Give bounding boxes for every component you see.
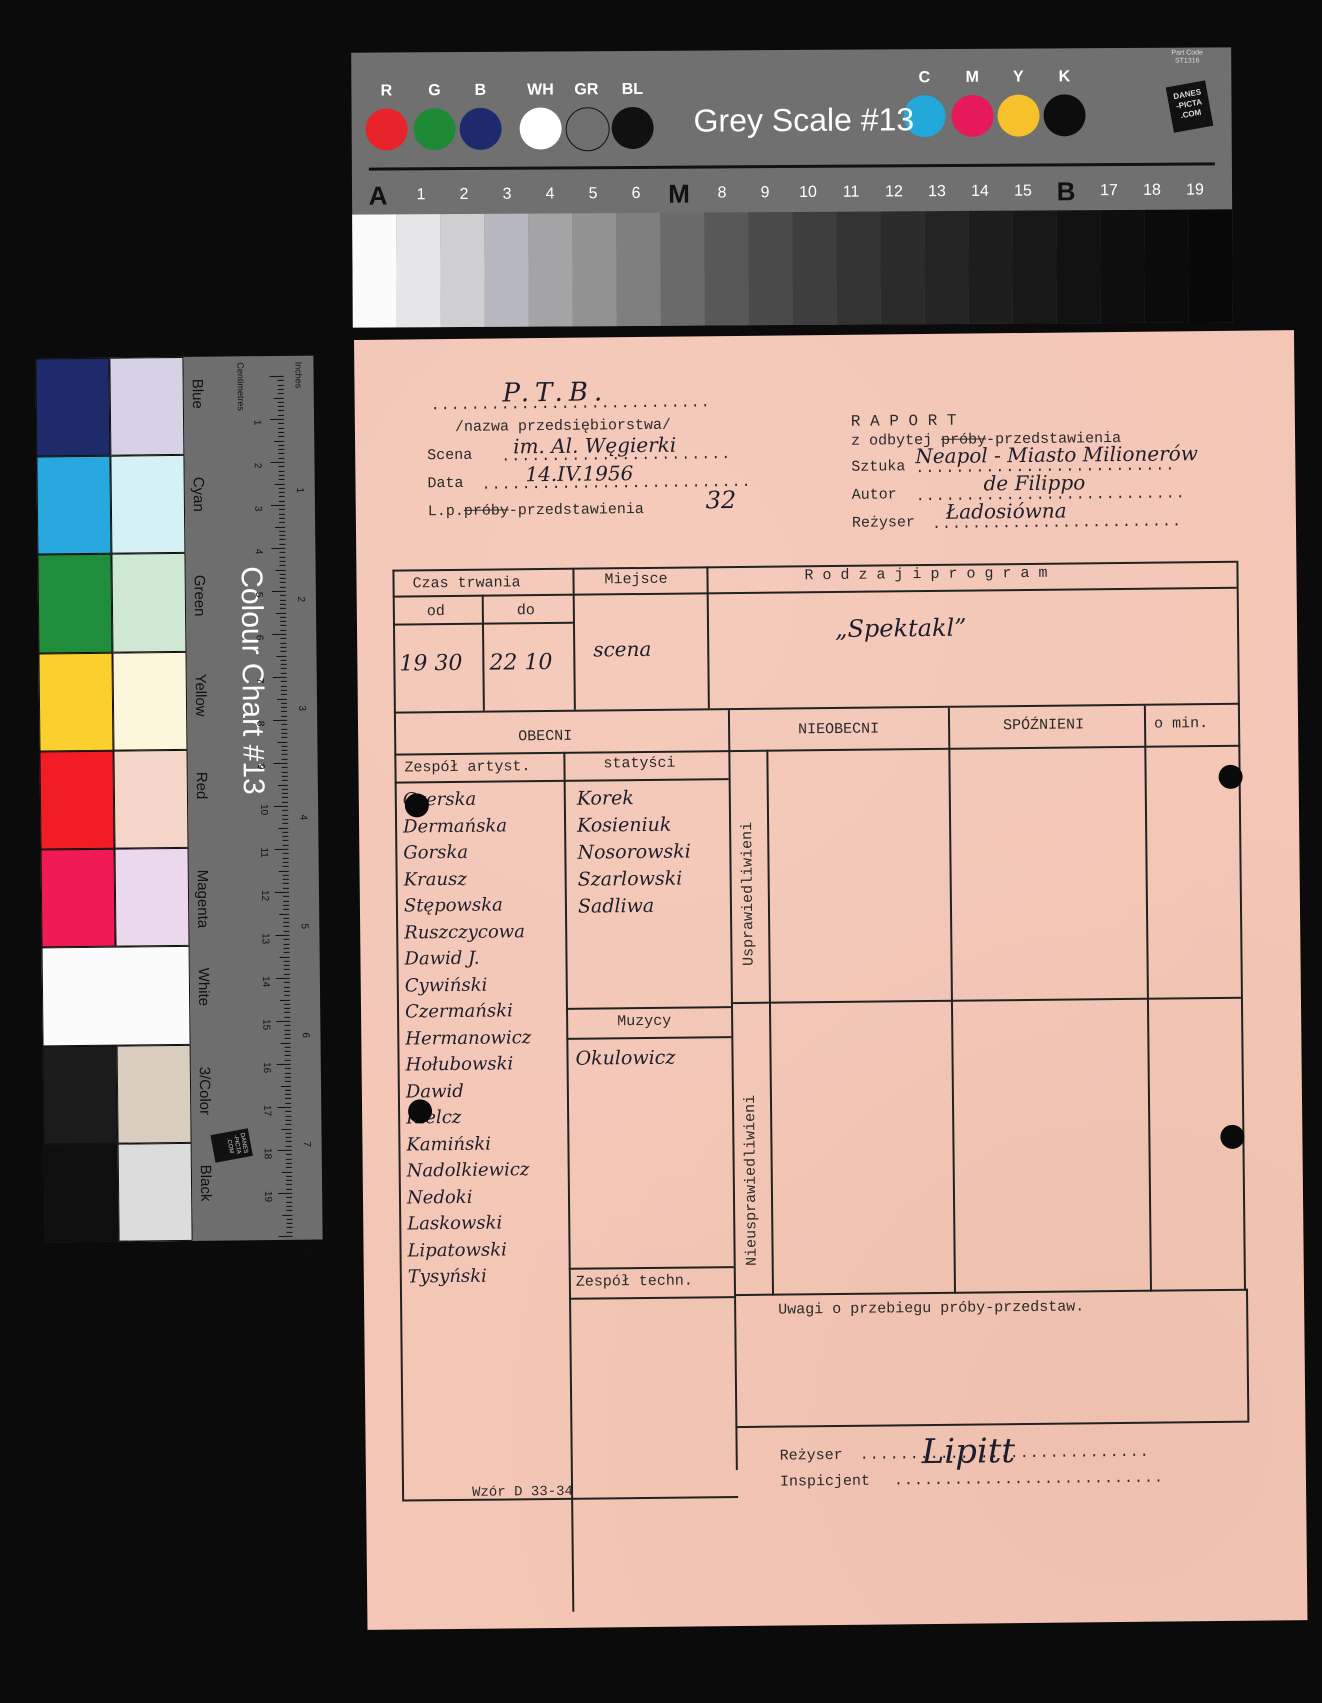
inch-mark: 2 (295, 596, 306, 602)
ruler-tick (277, 1107, 291, 1108)
ruler-tick (282, 789, 288, 790)
ruler-tick (278, 1150, 292, 1151)
ruler-tick (286, 1210, 292, 1211)
ruler-tick (283, 896, 289, 897)
step-label: 12 (874, 183, 914, 201)
patch-red-light (113, 750, 188, 849)
cm-mark: 9 (255, 764, 266, 770)
swatch-label: C (903, 69, 945, 87)
ruler-tick (274, 763, 288, 764)
ruler-tick (285, 1038, 291, 1039)
ruler-tick (276, 612, 286, 613)
grey-step (396, 214, 441, 327)
punch-hole (405, 793, 429, 817)
cm-mark: 3 (252, 506, 263, 512)
ruler-tick (279, 496, 285, 497)
ruler-tick (282, 771, 288, 772)
grey-step (968, 211, 1013, 324)
ruler-tick (284, 1008, 290, 1009)
inch-mark: 7 (301, 1141, 312, 1147)
ruler-tick (278, 784, 288, 785)
ruler-tick (285, 1094, 291, 1095)
ruler-tick (277, 1064, 291, 1065)
ruler-tick (286, 1146, 292, 1147)
swatch-label: Y (997, 68, 1039, 86)
ruler-tick (283, 922, 289, 923)
ruler-tick (283, 909, 289, 910)
colour-name-label: Magenta (194, 870, 212, 929)
list-item: Ruszczycowa (404, 919, 530, 947)
ruler-tick (275, 483, 285, 484)
ruler-tick (279, 539, 285, 540)
inch-mark: 8 (302, 1250, 313, 1256)
patch-white (42, 946, 191, 1046)
step-label: 14 (960, 183, 1000, 201)
ruler-tick (286, 1206, 292, 1207)
inch-mark: 1 (294, 487, 305, 493)
danes-picta-logo: DANES -PICTA .COM (210, 1128, 253, 1163)
ruler-tick (285, 1098, 291, 1099)
grey-step (1144, 210, 1189, 323)
ruler-tick (282, 836, 288, 837)
ruler-tick (280, 999, 290, 1000)
director-label: Reżyser (852, 514, 915, 532)
step-label: 2 (444, 186, 484, 204)
ruler-tick (275, 935, 289, 936)
patch-magenta-dark (41, 849, 116, 948)
ruler-tick (279, 552, 285, 553)
ruler-tick (279, 479, 285, 480)
artists-header: Zespół artyst. (404, 758, 530, 776)
ruler-tick (286, 1184, 292, 1185)
patch-yellow-dark (38, 652, 113, 751)
ruler-tick (281, 716, 287, 717)
patch-black-light (118, 1143, 193, 1242)
ruler-tick (286, 1133, 292, 1134)
colour-name-label: Blue (189, 379, 206, 409)
ruler-tick (282, 793, 288, 794)
grey-scale-card: RGBWHGRBLCMYK Grey Scale #13 Part Code S… (351, 47, 1233, 327)
step-label: 17 (1089, 182, 1129, 200)
ruler-tick (281, 711, 287, 712)
signature: Lipitt (921, 1431, 1015, 1472)
sign-director-label: Reżyser (780, 1447, 843, 1465)
ruler-tick (286, 1180, 292, 1181)
ruler-tick (279, 522, 285, 523)
cm-mark: 12 (259, 890, 270, 901)
ruler-tick (281, 668, 287, 669)
patch-green-dark (37, 554, 112, 653)
ruler-tick (273, 677, 287, 678)
ruler-tick (280, 587, 286, 588)
ruler-tick (279, 488, 285, 489)
ruler-tick (278, 427, 284, 428)
swatch-wh (520, 107, 562, 149)
ruler-tick (280, 956, 290, 957)
ruler-tick (278, 389, 284, 390)
ruler-tick (278, 458, 284, 459)
ruler-tick (285, 1115, 291, 1116)
absent-header: NIEOBECNI (798, 721, 879, 739)
list-item: Gorska (403, 839, 529, 867)
patch-cyan-light (110, 455, 185, 554)
ruler-tick (270, 419, 284, 420)
unit-centimetres: Centimetres (235, 362, 246, 411)
step-label: 11 (831, 184, 871, 202)
ruler-tick (280, 582, 286, 583)
ruler-tick (279, 513, 285, 514)
ruler-tick (283, 918, 289, 919)
place-value: scena (593, 637, 651, 662)
swatch-label: B (459, 82, 501, 100)
inch-mark: 4 (297, 814, 308, 820)
ruler-tick (286, 1219, 292, 1220)
ruler-tick (281, 750, 287, 751)
ruler-tick (285, 1111, 291, 1112)
ruler-tick (287, 1232, 293, 1233)
ruler-tick (281, 1128, 291, 1129)
ruler-tick (284, 991, 290, 992)
swatch-label: GR (565, 81, 607, 99)
ruler-tick (278, 380, 284, 381)
grey-step (616, 213, 661, 326)
ruler-tick (285, 1051, 291, 1052)
cm-mark: 6 (254, 635, 265, 641)
ruler-tick (278, 393, 284, 394)
list-item: Tysyński (408, 1263, 534, 1291)
ruler-tick (279, 470, 285, 471)
ruler-tick (282, 845, 288, 846)
colour-name-label: Cyan (190, 477, 207, 512)
step-label: 4 (530, 185, 570, 203)
ruler-tick (280, 642, 286, 643)
present-header: OBECNI (518, 728, 572, 746)
extras-list: KorekKosieniukNosorowskiSzarlowskiSadliw… (577, 785, 692, 921)
ruler-tick (285, 1047, 291, 1048)
ruler-tick (286, 1141, 292, 1142)
inch-mark: 5 (299, 923, 310, 929)
ruler-tick (280, 599, 286, 600)
author-value: de Filippo (983, 470, 1085, 495)
lp-label: L.p.próby-przedstawienia (428, 501, 644, 520)
ruler-tick (284, 1017, 290, 1018)
grey-step (484, 214, 529, 327)
ruler-tick (280, 604, 286, 605)
grey-card-swatches: RGBWHGRBLCMYK (351, 47, 1231, 52)
swatch-label: G (413, 82, 455, 100)
swatch-label: M (951, 69, 993, 87)
ruler-tick (280, 625, 286, 626)
duration-header: Czas trwania (412, 574, 520, 592)
ruler-tick (281, 728, 287, 729)
ruler-tick (284, 1034, 290, 1035)
cm-mark: 5 (253, 592, 264, 598)
grey-step (924, 211, 969, 324)
artists-list: CzerskaDermańskaGorskaKrauszStępowskaRus… (403, 786, 534, 1291)
excused-label: Usprawiedliwieni (739, 822, 758, 966)
ruler-tick (270, 376, 284, 377)
ruler-tick (283, 926, 289, 927)
ruler-tick (285, 1055, 291, 1056)
inch-mark: 3 (296, 705, 307, 711)
ruler-tick (280, 561, 286, 562)
ruler-tick (286, 1158, 292, 1159)
ruler-tick (278, 384, 284, 385)
step-label: 9 (745, 184, 785, 202)
ruler-tick (286, 1137, 292, 1138)
ruler-tick (282, 754, 288, 755)
ruler-tick (285, 1120, 291, 1121)
ruler-tick (279, 913, 289, 914)
ruler-tick (273, 720, 287, 721)
ruler-tick (286, 1227, 292, 1228)
ruler-tick (281, 673, 287, 674)
grey-step (1012, 210, 1057, 323)
ruler-tick (286, 1167, 292, 1168)
ruler-tick (283, 931, 289, 932)
ruler-tick (283, 862, 289, 863)
ruler-tick (280, 621, 286, 622)
list-item: Dawid J. (404, 945, 530, 973)
step-label: 15 (1003, 182, 1043, 200)
ruler-tick (279, 870, 289, 871)
swatch-b (460, 108, 502, 150)
list-item: Czermański (405, 998, 531, 1026)
remarks-header: Uwagi o przebiegu próby-przedstaw. (778, 1298, 1084, 1318)
ruler-tick (278, 449, 284, 450)
ruler-tick (279, 518, 285, 519)
ruler-tick (271, 548, 285, 549)
scene-value: im. Al. Węgierki (513, 433, 676, 459)
swatch-k (1043, 94, 1085, 136)
punch-hole (1218, 765, 1242, 789)
author-label: Autor (852, 486, 897, 503)
ruler-tick (281, 1085, 291, 1086)
ruler-tick (274, 806, 288, 807)
colour-name-label: 3/Color (196, 1066, 214, 1115)
ruler-tick (282, 832, 288, 833)
ruler-tick (275, 849, 289, 850)
date-value: 14.IV.1956 (525, 461, 633, 486)
ruler-tick (274, 397, 284, 398)
list-item: Korek (577, 785, 691, 813)
lp-struck: próby (464, 502, 509, 519)
grey-step (880, 211, 925, 324)
ruler-tick (286, 1189, 292, 1190)
ruler-tick (283, 866, 289, 867)
ruler-tick (279, 544, 285, 545)
cm-mark: 14 (260, 976, 271, 987)
ruler-tick (285, 1077, 291, 1078)
cm-mark: 4 (253, 549, 264, 555)
ruler-tick (284, 974, 290, 975)
step-label: 13 (917, 183, 957, 201)
colour-chart-ruler: Colour Chart #13 Centimetres Inches DANE… (183, 356, 322, 1241)
list-item: Szarlowski (578, 866, 692, 894)
ruler-tick (280, 647, 286, 648)
ruler-tick (278, 436, 284, 437)
ruler-tick (282, 802, 288, 803)
colour-name-label: Yellow (192, 673, 209, 716)
ruler-tick (281, 681, 287, 682)
ruler-tick (282, 776, 288, 777)
grey-card-title: Grey Scale #13 (693, 101, 914, 139)
ruler-tick (285, 1103, 291, 1104)
ruler-tick (286, 1223, 292, 1224)
ruler-tick (282, 823, 288, 824)
step-label: 5 (573, 185, 613, 203)
ruler-tick (278, 406, 284, 407)
ruler-tick (282, 1214, 292, 1215)
scene-label: Scena (427, 447, 472, 464)
ruler-tick (283, 875, 289, 876)
ruler-tick (280, 651, 286, 652)
colour-name-label: White (195, 968, 212, 1007)
ruler-tick (278, 402, 284, 403)
director-value: Ładosiówna (946, 499, 1067, 524)
list-item: Okulowicz (575, 1045, 675, 1073)
ruler-tick (274, 440, 284, 441)
patch-red-dark (39, 751, 114, 850)
ruler-tick (278, 410, 284, 411)
ruler-tick (284, 995, 290, 996)
step-label: B (1046, 176, 1086, 207)
extras-header: statyści (603, 755, 675, 773)
ruler-tick (281, 685, 287, 686)
minutes-header: o min. (1154, 715, 1208, 733)
grey-step (440, 214, 485, 327)
ruler-tick (276, 1021, 290, 1022)
ruler-tick (284, 1012, 290, 1013)
ruler-tick (283, 857, 289, 858)
ruler-tick (284, 969, 290, 970)
grey-step (748, 212, 793, 325)
swatch-m (951, 95, 993, 137)
ruler-tick (277, 741, 287, 742)
swatch-label: BL (611, 81, 653, 99)
ruler-tick (284, 961, 290, 962)
unit-inches: Inches (293, 362, 303, 389)
to-header: do (517, 602, 535, 619)
grey-step (1188, 209, 1233, 322)
ruler-tick (282, 797, 288, 798)
ruler-tick (281, 746, 287, 747)
ruler-tick (283, 900, 289, 901)
ruler-tick (282, 759, 288, 760)
ruler-tick (271, 505, 285, 506)
ruler-tick (279, 535, 285, 536)
ruler-tick (279, 531, 285, 532)
cm-mark: 16 (261, 1062, 272, 1073)
ruler-tick (275, 892, 289, 893)
grey-step-labels: A123456M89101112131415B171819 (362, 175, 1222, 210)
ruler-tick (278, 1193, 292, 1194)
list-item: Kamiński (406, 1131, 532, 1159)
swatch-label: K (1043, 68, 1085, 86)
ruler-tick (284, 986, 290, 987)
ruler-tick (281, 733, 287, 734)
ruler-tick (281, 707, 287, 708)
play-label: Sztuka (851, 458, 905, 476)
swatch-g (414, 108, 456, 150)
from-header: od (427, 603, 445, 620)
swatch-label: R (365, 82, 407, 100)
step-label: 6 (616, 185, 656, 203)
patch-black-dark (44, 1143, 119, 1242)
ruler-tick (283, 888, 289, 889)
patch-magenta-light (115, 848, 190, 947)
swatch-r (366, 108, 408, 150)
step-label: 3 (487, 186, 527, 204)
ruler-tick (279, 509, 285, 510)
cm-mark: 13 (259, 933, 270, 944)
ruler-tick (282, 840, 288, 841)
ruler-tick (281, 1042, 291, 1043)
ruler-tick (279, 475, 285, 476)
ruler-tick (281, 664, 287, 665)
ruler-tick (282, 1171, 292, 1172)
list-item: Hermanowicz (405, 1025, 531, 1053)
swatch-gr (566, 107, 610, 151)
punch-hole (408, 1099, 432, 1123)
date-label: Data (427, 475, 463, 492)
patch-3/color-dark (43, 1045, 118, 1144)
rehearsal-report-document: P.T.B. ............................ /naz… (354, 330, 1307, 1630)
swatch-label: WH (519, 81, 561, 99)
step-label: M (659, 179, 699, 210)
ruler-tick (281, 690, 287, 691)
place-header: Miejsce (604, 571, 667, 589)
cm-mark: 17 (261, 1105, 272, 1116)
program-value: „Spektakl” (835, 614, 967, 643)
part-code: Part Code ST1316 (1157, 49, 1217, 65)
ruler-tick (272, 634, 286, 635)
ruler-tick (284, 943, 290, 944)
ruler-tick (284, 1025, 290, 1026)
ruler-tick (282, 810, 288, 811)
ruler-tick (285, 1124, 291, 1125)
ruler-tick (279, 556, 285, 557)
tech-header: Zespół techn. (576, 1273, 693, 1291)
ruler-tick (281, 703, 287, 704)
ruler-tick (283, 905, 289, 906)
ruler-tick (286, 1176, 292, 1177)
sign-inspicient-label: Inspicjent (780, 1473, 870, 1491)
ruler-tick (278, 453, 284, 454)
to-value: 22 10 (489, 650, 552, 676)
cm-mark: 19 (262, 1191, 273, 1202)
grey-step (660, 213, 705, 326)
patch-3/color-light (117, 1044, 192, 1143)
ruler-tick (283, 883, 289, 884)
punch-hole (1220, 1125, 1244, 1149)
ruler-tick (283, 853, 289, 854)
cm-mark: 1 (251, 420, 262, 426)
cm-mark: 7 (254, 678, 265, 684)
grey-step (352, 214, 397, 327)
musicians-header: Muzycy (617, 1013, 671, 1031)
lp-prefix: L.p. (428, 503, 464, 520)
ruler-tick (280, 617, 286, 618)
company-dots: ............................ (431, 394, 711, 414)
list-item: Kosieniuk (577, 812, 691, 840)
ruler-tick (286, 1201, 292, 1202)
ruler-tick (280, 574, 286, 575)
ruler-tick (279, 1236, 293, 1237)
ruler-tick (281, 660, 287, 661)
cm-mark: 15 (260, 1019, 271, 1030)
colour-patch-grid (35, 357, 192, 1243)
